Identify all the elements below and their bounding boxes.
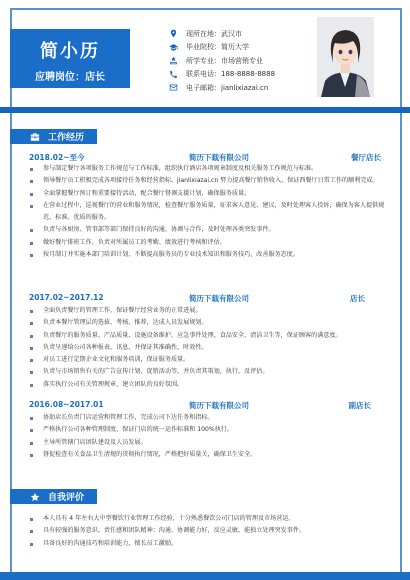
footer-bar bbox=[0, 572, 410, 580]
list-item: 领导餐厅员工积极完成各项接待任务和经营指标，jianlixiazai.cn 努力… bbox=[29, 175, 387, 187]
list-item: 负责与市场销售有关的广告宣传计划、促销活动等，并负责其策划，执行，及评估。 bbox=[29, 366, 387, 378]
job-title: 副店长 bbox=[349, 400, 372, 411]
profile-photo bbox=[317, 17, 374, 97]
major-icon bbox=[168, 56, 178, 66]
job-company: 简历下载有限公司 bbox=[189, 400, 249, 411]
list-item: 协助店长负责门店运营和管理工作，完成公司下达任务和指标。 bbox=[29, 412, 387, 424]
job-date: 2018.02~至今 bbox=[29, 152, 84, 163]
section-title: 工作经历 bbox=[48, 130, 84, 143]
contact-value: 武汉市 bbox=[221, 29, 242, 39]
list-item: 落实执行公司有关管理规章，建立团队的良好氛围。 bbox=[29, 379, 387, 391]
contact-label: 联系电话： bbox=[186, 69, 221, 79]
contact-school: 毕业院校：简历大学 bbox=[168, 41, 275, 55]
job-title: 餐厅店长 bbox=[351, 152, 381, 163]
list-item: 按月制订并实施本部门培训计划，不断提高服务员的专业技术知识和服务技巧，改善服务态… bbox=[29, 249, 387, 261]
contact-email: 电子邮箱：jianlixiazai.cn bbox=[168, 81, 275, 95]
job-duties: 全面负责餐厅的管理工作，保证餐厅经营业务的正常进展。 负责本餐厅管理层的选拔、考… bbox=[29, 305, 387, 391]
job-date: 2016.08~2017.01 bbox=[29, 400, 104, 409]
list-item: 全面掌握餐厅预订和重要接待活动，配合餐厅督调支援计划，确保服务质量。 bbox=[29, 188, 387, 200]
contact-location: 现所在地：武汉市 bbox=[168, 27, 275, 41]
list-item: 具有较强的服务意识、责任感和团队精神；沟通、协调能力好，反应灵敏，能独立处理突发… bbox=[29, 525, 387, 537]
position-applied: 应聘岗位：店长 bbox=[10, 68, 130, 83]
list-item: 参与制定餐厅各项服务工作规范与工作标准，组织执行酒店各项规章制度及相关服务工作规… bbox=[29, 163, 387, 175]
contact-list: 现所在地：武汉市 毕业院校：简历大学 所学专业：市场营销专业 联系电话：188-… bbox=[168, 27, 275, 95]
graduation-cap-icon bbox=[168, 42, 178, 52]
contact-value: 简历大学 bbox=[221, 42, 249, 52]
job-company: 简历下载有限公司 bbox=[189, 152, 249, 163]
job-date: 2017.02~2017.12 bbox=[29, 293, 104, 302]
contact-major: 所学专业：市场营销专业 bbox=[168, 54, 275, 68]
list-item: 在营业过程中，巡视餐厅的营业和服务情况，检查餐厅服务质量，征求客人意见、建议，及… bbox=[29, 200, 387, 225]
contact-label: 毕业院校： bbox=[186, 42, 221, 52]
list-item: 全面负责餐厅的管理工作，保证餐厅经营业务的正常进展。 bbox=[29, 305, 387, 317]
contact-label: 电子邮箱： bbox=[186, 83, 221, 93]
contact-label: 所学专业： bbox=[186, 56, 221, 66]
job-header: 2016.08~2017.01 简历下载有限公司 副店长 bbox=[29, 400, 381, 411]
contact-label: 现所在地： bbox=[186, 29, 221, 39]
list-item: 负责呈递给公司各种报表、讯息，并保证其准确性、时效性。 bbox=[29, 342, 387, 354]
list-item: 做好餐厅排班工作，负责对所属员工的考勤、绩效进行考核和评估。 bbox=[29, 237, 387, 249]
job-title: 店长 bbox=[350, 293, 365, 304]
contact-value: 市场营销专业 bbox=[221, 56, 263, 66]
section-header-self-eval: 自我评价 bbox=[10, 489, 97, 504]
section-header-work: 工作经历 bbox=[10, 129, 97, 144]
list-item: 严格执行公司各种管理制度，保证门店的统一运作标准和 100%执行。 bbox=[29, 424, 387, 436]
list-item: 具备良好的沟通技巧和培训能力，擅长员工激励。 bbox=[29, 538, 387, 550]
job-company: 简历下载有限公司 bbox=[189, 293, 249, 304]
phone-icon bbox=[168, 69, 178, 79]
list-item: 对员工进行定期企业文化和服务培训，保证服务质量。 bbox=[29, 354, 387, 366]
header-divider bbox=[0, 107, 410, 113]
briefcase-icon bbox=[30, 132, 40, 142]
email-icon bbox=[168, 83, 178, 93]
list-item: 负责与各厨房、管事部等部门保持良好的沟通、协调与合作，及时处理各类突发事件。 bbox=[29, 224, 387, 236]
job-duties: 参与制定餐厅各项服务工作规范与工作标准，组织执行酒店各项规章制度及相关服务工作规… bbox=[29, 163, 387, 261]
contact-value: jianlixiazai.cn bbox=[221, 84, 268, 92]
contact-value: 188-8888-8888 bbox=[221, 70, 275, 78]
job-header: 2018.02~至今 简历下载有限公司 餐厅店长 bbox=[29, 152, 381, 163]
name-banner: 简小历 应聘岗位：店长 bbox=[10, 29, 130, 88]
self-eval-list: 本人具有 4 年左右大中型餐饮行业管理工作经验，十分熟悉餐饮公司门店的管理及市场… bbox=[29, 513, 387, 550]
candidate-name: 简小历 bbox=[10, 37, 130, 63]
list-item: 负责本餐厅管理层的选拔、考核、推荐，达成人员发展规划。 bbox=[29, 317, 387, 329]
list-item: 主导所管辖门店团队建设及人员发展。 bbox=[29, 437, 387, 449]
section-title: 自我评价 bbox=[48, 490, 84, 503]
list-item: 本人具有 4 年左右大中型餐饮行业管理工作经验，十分熟悉餐饮公司门店的管理及市场… bbox=[29, 513, 387, 525]
list-item: 督促检查有关食品卫生清规的贯彻执行情况，严格把好质量关，确保卫生安全。 bbox=[29, 449, 387, 461]
star-icon bbox=[30, 492, 40, 502]
list-item: 负责餐厅的服务质量、产品质量、设施设备维护、应急事件处理、食品安全、清洁卫生等，… bbox=[29, 330, 387, 342]
job-duties: 协助店长负责门店运营和管理工作，完成公司下达任务和指标。 严格执行公司各种管理制… bbox=[29, 412, 387, 461]
location-icon bbox=[168, 29, 178, 39]
job-header: 2017.02~2017.12 简历下载有限公司 店长 bbox=[29, 293, 381, 304]
contact-phone: 联系电话：188-8888-8888 bbox=[168, 68, 275, 82]
